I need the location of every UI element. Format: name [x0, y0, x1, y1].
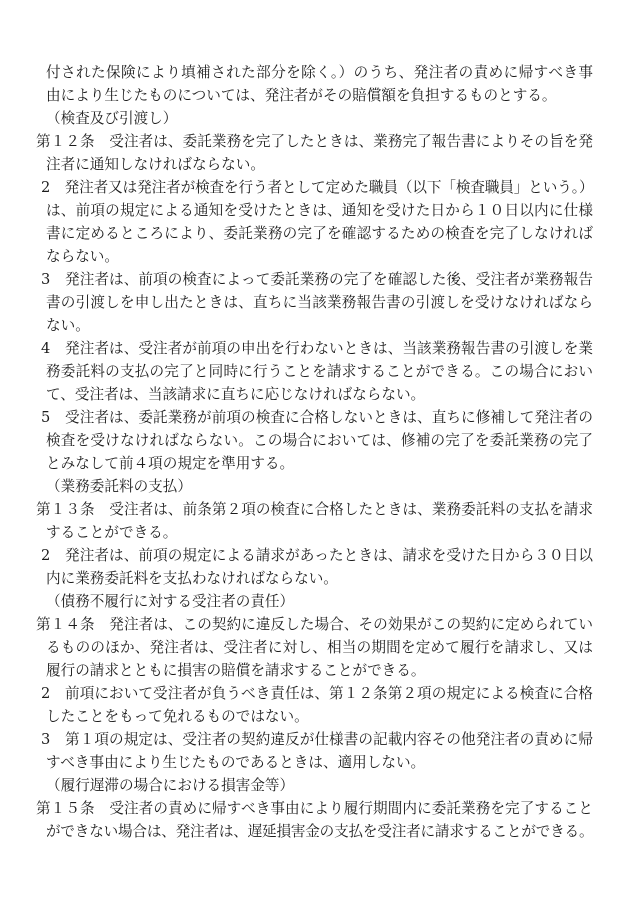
- paragraph-line: 5 受注者は、委託業務が前項の検査に合格しないときは、直ちに修補して発注者の: [36, 406, 593, 429]
- document-line: ならない。: [36, 245, 593, 268]
- paragraph-line: 2 発注者又は発注者が検査を行う者として定めた職員（以下「検査職員」という。）: [36, 176, 593, 199]
- document-line: 由により生じたものについては、発注者がその賠償額を負担するものとする。: [36, 84, 593, 107]
- section-heading: （履行遅滞の場合における損害金等）: [36, 774, 593, 797]
- paragraph-line: 2 前項において受注者が負うべき責任は、第１２条第２項の規定による検査に合格: [36, 682, 593, 705]
- section-heading: （業務委託料の支払）: [36, 475, 593, 498]
- document-line: 書の引渡しを申し出たときは、直ちに当該業務報告書の引渡しを受けなければなら: [36, 291, 593, 314]
- paragraph-line: 4 発注者は、受注者が前項の申出を行わないときは、当該業務報告書の引渡しを業: [36, 337, 593, 360]
- document-line: 書に定めるところにより、委託業務の完了を確認するための検査を完了しなければ: [36, 222, 593, 245]
- document-line: 務委託料の支払の完了と同時に行うことを請求することができる。この場合におい: [36, 360, 593, 383]
- document-line: 付された保険により填補された部分を除く。）のうち、発注者の責めに帰すべき事: [36, 61, 593, 84]
- document-line: することができる。: [36, 521, 593, 544]
- paragraph-line: 3 第１項の規定は、受注者の契約違反が仕様書の記載内容その他発注者の責めに帰: [36, 728, 593, 751]
- document-line: 内に業務委託料を支払わなければならない。: [36, 567, 593, 590]
- document-line: 履行の請求とともに損害の賠償を請求することができる。: [36, 659, 593, 682]
- text-block: 付された保険により填補された部分を除く。）のうち、発注者の責めに帰すべき事 由に…: [36, 61, 593, 843]
- contract-document-page: { "page": { "background_color": "#ffffff…: [0, 0, 630, 903]
- article-line: 第１４条 発注者は、この契約に違反した場合、その効果がこの契約に定められてい: [36, 613, 593, 636]
- section-heading: （債務不履行に対する受注者の責任）: [36, 590, 593, 613]
- document-line: るもののほか、発注者は、受注者に対し、相当の期間を定めて履行を請求し、又は: [36, 636, 593, 659]
- document-line: ができない場合は、発注者は、遅延損害金の支払を受注者に請求することができる。: [36, 820, 593, 843]
- document-line: したことをもって免れるものではない。: [36, 705, 593, 728]
- paragraph-line: 3 発注者は、前項の検査によって委託業務の完了を確認した後、受注者が業務報告: [36, 268, 593, 291]
- document-line: すべき事由により生じたものであるときは、適用しない。: [36, 751, 593, 774]
- article-line: 第１３条 受注者は、前条第２項の検査に合格したときは、業務委託料の支払を請求: [36, 498, 593, 521]
- article-line: 第１５条 受注者の責めに帰すべき事由により履行期間内に委託業務を完了すること: [36, 797, 593, 820]
- document-line: は、前項の規定による通知を受けたときは、通知を受けた日から１０日以内に仕様: [36, 199, 593, 222]
- document-line: 注者に通知しなければならない。: [36, 153, 593, 176]
- document-line: とみなして前４項の規定を準用する。: [36, 452, 593, 475]
- document-line: ない。: [36, 314, 593, 337]
- paragraph-line: 2 発注者は、前項の規定による請求があったときは、請求を受けた日から３０日以: [36, 544, 593, 567]
- document-line: 検査を受けなければならない。この場合においては、修補の完了を委託業務の完了: [36, 429, 593, 452]
- document-line: て、受注者は、当該請求に直ちに応じなければならない。: [36, 383, 593, 406]
- article-line: 第１２条 受注者は、委託業務を完了したときは、業務完了報告書によりその旨を発: [36, 130, 593, 153]
- section-heading: （検査及び引渡し）: [36, 107, 593, 130]
